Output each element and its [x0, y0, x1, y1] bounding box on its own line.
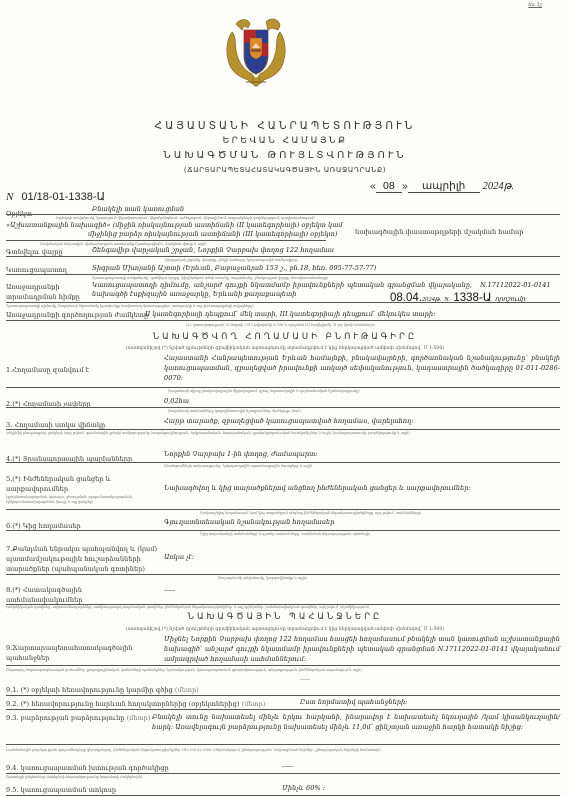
date-day: 08: [376, 180, 402, 193]
design-item-9-1: 9.1. (*) օբյեկտի հեռավորությունը կարմիր …: [6, 686, 199, 695]
land-item-7-value: Առկա չէ:: [164, 553, 194, 562]
design-item-9-label-line2: պահանջներ: [6, 654, 49, 663]
land-item-8-value: -----: [164, 586, 175, 595]
divider: [6, 274, 560, 275]
form-mark: ձև 1շ: [528, 2, 542, 8]
design-item-9-3-value: Բնակելի տունը նախատեսել մինչև երկու հարկ…: [152, 712, 560, 732]
divider: [6, 574, 560, 575]
divider: [6, 214, 560, 215]
land-item-6-value: Գյուղատնտեսական նշանակության հողամասեր: [164, 518, 334, 527]
land-item-7-label-line2: պատմամշակութային հուշարձանների: [6, 555, 141, 564]
design-item-9-4-note: (կառույցի ընդհանուր մակերեսի հարաբերությ…: [6, 775, 142, 779]
date-month: ապրիլի: [408, 180, 480, 193]
divider: [6, 256, 560, 257]
land-item-3-note: (ռելիեֆի բնութագրեր, լանջերի (այդ թվում՝…: [6, 431, 410, 435]
design-item-9-3-unit: (մետր): [127, 714, 151, 722]
validity-note: (22 կառավարության 19 մարտի 2015 թվականի …: [186, 323, 375, 327]
design-section-title: ՆԱԽԱԳԾԱՅԻՆ ՊԱՀԱՆՋՆԵՐԸ: [0, 612, 570, 622]
customer-note: (կառուցապատողի անվանումը, գտնվելու վայրը…: [92, 276, 328, 280]
land-item-1-value: Հայաստանի Հանրապետության Երևան համայնքի,…: [164, 353, 560, 383]
design-item-9-label-line1: 9.Ճարտարապետահատակագծային: [6, 644, 133, 653]
land-item-1-label: 1.Հողամասը զանվում է: [6, 366, 89, 375]
land-item-5-label-small: (ջրամատակարարման, կոյուղու, ջեռուցման, գ…: [6, 495, 148, 504]
land-item-7-label-line3: տարածքներ (պահպանական գոտիներ): [6, 565, 145, 574]
land-item-1-note: (հողամասի սիրոք բնակավայրային միջավայրու…: [168, 389, 360, 393]
document-page: ձև 1շ ՀԱՅԱՍՏԱՆԻ ՀԱՆՐԱՊԵՏՈՒԹՅՈՒՆ ԵՐԵՎԱՆ Հ…: [0, 0, 570, 797]
issue-date: «08»ապրիլի 2024թ.: [370, 180, 514, 193]
divider: [6, 462, 560, 463]
certificate-number: N.17112022-01-0141: [480, 281, 551, 290]
land-item-5-label-line1: 5.(*) Ինժեներական ցանցեր և: [6, 475, 111, 484]
land-item-5-note: (նախագծվող հողամասում կամ կից տարածքում …: [200, 511, 421, 515]
basis-label-line2: տրամադրման հիմքը: [6, 293, 80, 302]
design-item-9-5-value: Մինչև 60% :: [282, 784, 325, 793]
date-year: 2024թ.: [483, 181, 514, 192]
divider: [6, 773, 560, 774]
land-section-subtitle: (աստղանիշով (*) նշված դրույթների գրաֆիկա…: [0, 346, 570, 351]
object-note: (օբյեկտի անվանումը, կառուցում, վերակառու…: [56, 216, 315, 220]
land-item-3-value: Հարթ տարածք, զբաղեցված կառուցապատված հող…: [164, 417, 414, 426]
validity-value: II կատեգորիայի դեպքում՝ մեկ տարի, III կա…: [145, 310, 435, 319]
divider: [6, 509, 560, 510]
armenia-coat-of-arms-icon: [222, 14, 290, 90]
design-item-9-2-label: 9.2. (*) հեռավորությունը հարևան հողակտոր…: [6, 700, 239, 708]
divider: [6, 302, 560, 303]
divider: [6, 429, 560, 430]
land-item-7-note: (հուշարձանի անվանումը, կարգավիճակը և այլ…: [218, 576, 307, 580]
design-item-9-1-label: 9.1. (*) օբյեկտի հեռավորությունը կարմիր …: [6, 686, 173, 694]
divider: [6, 744, 560, 745]
land-section-title: ՆԱԽԱԳԾՎՈՂ ՀՈՂԱՄԱՍԻ ԲՆՈՒԹԱԳԻՐԸ: [0, 332, 570, 342]
land-item-2-note: (հողամասի սահմանները կոորդինատային նշագր…: [168, 409, 301, 413]
project-purpose: նախագծային փաստաթղթերի մշակման համար: [355, 228, 524, 237]
divider: [6, 387, 560, 388]
validity-label: Առաջադրանքի գործողության ժամկետը: [6, 311, 148, 320]
country-title: ՀԱՅԱՍՏԱՆԻ ՀԱՆՐԱՊԵՏՈՒԹՅՈՒՆ: [0, 120, 570, 132]
divider: [6, 240, 326, 241]
land-item-4-value: Նորքին Չարբախ 1-ին փողոց, ժամապարտ:: [164, 450, 317, 459]
design-item-9-value: Միջնել Նորքին Չարբախ փողոց 122 հողամաս հ…: [164, 634, 560, 664]
land-item-5-label-line2: սարքավորումներ: [6, 485, 68, 494]
basis-label-line1: Առաջադրանքի: [6, 283, 60, 292]
divider: [6, 795, 560, 796]
design-item-9-note: (ներառյալ ճարտարապետական լուծումներ, քաղ…: [6, 668, 560, 673]
divider: [6, 695, 560, 696]
divider: [6, 320, 560, 321]
land-item-8-note: (տեխնիկական գոտիներ, ավտոճանապարհներ, սա…: [6, 605, 369, 609]
project-type-line2: միջինից բարձր ռիսկայնության աստիճանի (II…: [88, 230, 337, 239]
divider: [6, 407, 560, 408]
object-value: Բնակելի տան կառուցման: [92, 205, 184, 214]
land-item-4-note: (մոտեցումների առկայությունը, երկաթուղայի…: [164, 464, 312, 468]
location-note: (վարչական շրջանը, փողոցը, շենքի համարը, …: [165, 258, 298, 262]
design-item-9-2-unit: (մետր): [242, 700, 266, 708]
design-item-9-5-label: 9.5. կառուցապատման տոկոսը: [6, 786, 116, 795]
document-number: N01/18-01-1338-Ա: [6, 190, 105, 203]
design-item-9-extra: ------: [300, 676, 310, 685]
land-item-8-label-line1: 8.(*) Հատակագծային: [6, 586, 82, 595]
design-item-9-3: 9.3. բարձրության բարձրությունը (մետր): [6, 714, 151, 723]
project-type-line1: «Աշխատանքային նախագիծ» (միջին ռիսկայնութ…: [6, 221, 343, 230]
customer-value: Տիգրան Մխոյանի Աշոտի (Երևան, Բաբաջանյան …: [92, 264, 376, 273]
design-item-9-4-value: -----: [282, 762, 293, 771]
design-item-9-2-value: Ըստ նորմատիվ պահանջների:: [300, 698, 407, 707]
divider: [6, 709, 560, 710]
land-item-6-note: (կից հողամասերի սահմանները և դրանց սահմա…: [200, 532, 370, 536]
design-section-subtitle: (աստղանիշով (*) նշված դրույթների գրաֆիկա…: [0, 627, 570, 632]
design-item-9-4-label: 9.4. կառուցապատման խտության գործակիցը: [6, 764, 169, 773]
divider: [6, 665, 560, 666]
land-item-5-value: Նախագծվող և կից տարածքներով անցնող ինժեն…: [164, 484, 471, 493]
permit-title: ՆԱԽԱԳԾՄԱՆ ԹՈՒՅԼՏՎՈՒԹՅՈՒՆ: [0, 150, 570, 161]
basis-note: (կառուցապատողի դիմումը, հողամասի նկատմամ…: [6, 304, 254, 308]
design-item-9-3-note: (սահմանային բարձրության պարամետրերը գերա…: [6, 748, 560, 753]
design-item-9-2: 9.2. (*) հեռավորությունը հարևան հողակտոր…: [6, 700, 265, 709]
divider: [6, 530, 560, 531]
number-value: 01/18-01-1338-Ա: [21, 191, 105, 203]
permit-subtitle: (ՃԱՐՏԱՐԱՊԵՏԱՀԱՏԱԿԱԳԾԱՅԻՆ ԱՌԱՋԱԴՐԱՆՔ): [0, 166, 570, 174]
land-item-2-value: 0,02հա: [164, 397, 189, 406]
land-item-7-label-line1: 7.Քանդման ենթակա պահպանվող և (կամ): [6, 545, 157, 554]
location-value: Շենգավիթ վարչական շրջան, Նորքին Չարբախ փ…: [92, 246, 334, 255]
design-item-9-1-unit: (մետր): [175, 686, 199, 694]
number-prefix: N: [6, 191, 13, 203]
community-title: ԵՐԵՎԱՆ ՀԱՄԱՅՆՔ: [0, 136, 570, 146]
design-item-9-3-label: 9.3. բարձրության բարձրությունը: [6, 714, 124, 722]
